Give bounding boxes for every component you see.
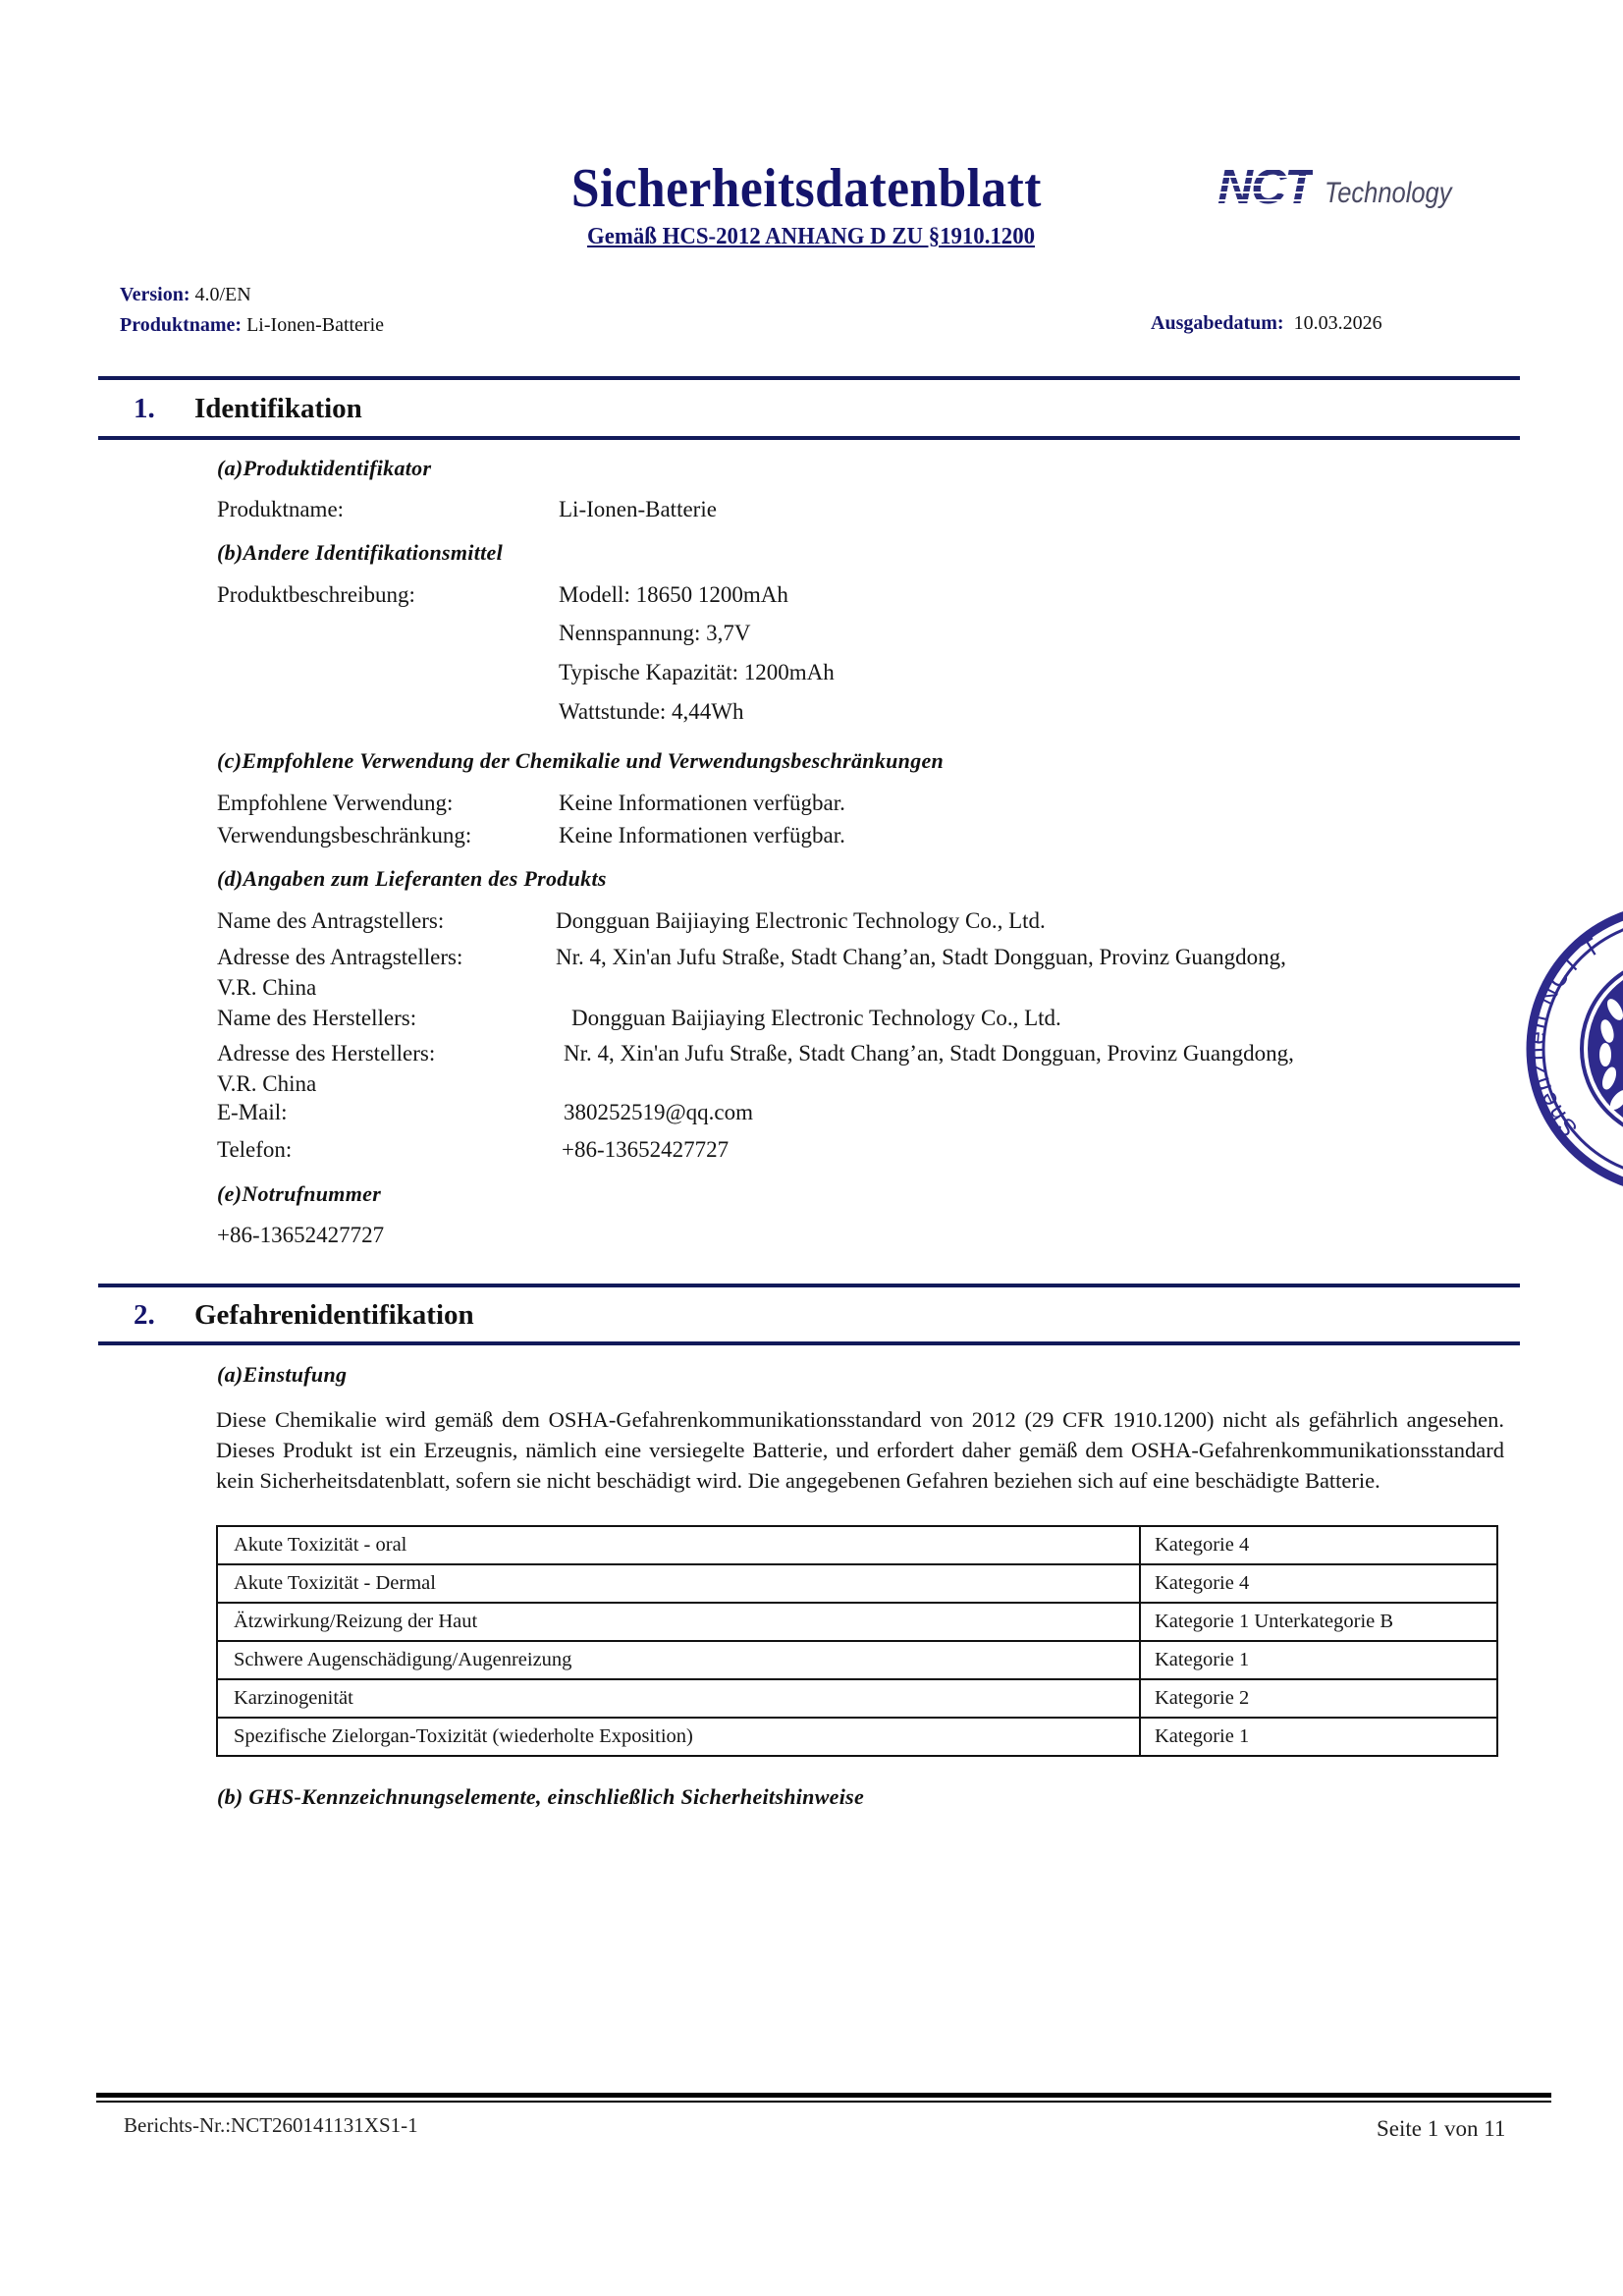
hazard-class-cell: Akute Toxizität - Dermal: [217, 1564, 1140, 1603]
email-link[interactable]: 380252519@qq.com: [564, 1100, 753, 1125]
hazard-class-cell: Karzinogenität: [217, 1679, 1140, 1718]
subsection-heading: (a)Einstufung: [217, 1362, 347, 1388]
section-1-heading: 1.Identifikation: [134, 393, 362, 425]
table-row: Ätzwirkung/Reizung der HautKategorie 1 U…: [217, 1603, 1497, 1641]
field-value: V.R. China: [217, 975, 316, 1001]
hazard-class-cell: Akute Toxizität - oral: [217, 1526, 1140, 1564]
subsection-heading: (d)Angaben zum Lieferanten des Produkts: [217, 866, 607, 892]
field-value: Nennspannung: 3,7V: [559, 621, 750, 646]
table-row: KarzinogenitätKategorie 2: [217, 1679, 1497, 1718]
logo-text: Technology: [1325, 176, 1451, 211]
issue-date: Ausgabedatum: 10.03.2026: [1151, 312, 1382, 335]
subsection-heading: (e)Notrufnummer: [217, 1181, 381, 1207]
field-value: Nr. 4, Xin'an Jufu Straße, Stadt Chang’a…: [564, 1041, 1294, 1066]
hazard-class-cell: Ätzwirkung/Reizung der Haut: [217, 1603, 1140, 1641]
table-row: Akute Toxizität - DermalKategorie 4: [217, 1564, 1497, 1603]
footer-rule: [96, 2101, 1551, 2103]
field-value: Keine Informationen verfügbar.: [559, 823, 845, 848]
table-row: Akute Toxizität - oralKategorie 4: [217, 1526, 1497, 1564]
field-label: Adresse des Antragstellers:: [217, 945, 462, 970]
field-value: Nr. 4, Xin'an Jufu Straße, Stadt Chang’a…: [556, 945, 1286, 970]
field-value: Wattstunde: 4,44Wh: [559, 699, 744, 725]
field-label: Name des Herstellers:: [217, 1006, 416, 1031]
company-seal-stamp: Shenzhen NCT T: [1525, 902, 1623, 1196]
field-label: Telefon:: [217, 1137, 292, 1163]
page-number: Seite 1 von 11: [1377, 2116, 1505, 2142]
field-value: V.R. China: [217, 1071, 316, 1097]
table-row: Spezifische Zielorgan-Toxizität (wiederh…: [217, 1718, 1497, 1756]
field-label: Produktname:: [217, 497, 344, 522]
field-label: Empfohlene Verwendung:: [217, 791, 453, 816]
hazard-class-cell: Schwere Augenschädigung/Augenreizung: [217, 1641, 1140, 1679]
hazard-category-cell: Kategorie 1 Unterkategorie B: [1140, 1603, 1497, 1641]
nct-logo: NCT Technology: [1217, 152, 1474, 211]
field-label: Produktbeschreibung:: [217, 582, 415, 608]
report-number: Berichts-Nr.:NCT260141131XS1-1: [124, 2113, 418, 2138]
hazard-category-cell: Kategorie 4: [1140, 1564, 1497, 1603]
field-value: Dongguan Baijiaying Electronic Technolog…: [556, 908, 1046, 934]
hazard-classification-table: Akute Toxizität - oralKategorie 4Akute T…: [216, 1525, 1498, 1757]
field-label: Adresse des Herstellers:: [217, 1041, 435, 1066]
document-subtitle: Gemäß HCS-2012 ANHANG D ZU §1910.1200: [0, 224, 1623, 250]
field-label: E-Mail:: [217, 1100, 288, 1125]
hazard-category-cell: Kategorie 2: [1140, 1679, 1497, 1718]
hazard-category-cell: Kategorie 1: [1140, 1641, 1497, 1679]
field-value: Li-Ionen-Batterie: [559, 497, 717, 522]
section-2-heading: 2.Gefahrenidentifikation: [134, 1299, 474, 1332]
version-line: Version: 4.0/EN: [120, 284, 251, 306]
table-row: Schwere Augenschädigung/AugenreizungKate…: [217, 1641, 1497, 1679]
field-label: Name des Antragstellers:: [217, 908, 444, 934]
section-rule: [98, 376, 1520, 380]
field-value: Typische Kapazität: 1200mAh: [559, 660, 835, 685]
classification-paragraph: Diese Chemikalie wird gemäß dem OSHA-Gef…: [216, 1404, 1504, 1496]
emergency-number: +86-13652427727: [217, 1223, 384, 1248]
section-rule: [98, 436, 1520, 440]
subsection-heading: (c)Empfohlene Verwendung der Chemikalie …: [217, 748, 944, 774]
field-label: Verwendungsbeschränkung:: [217, 823, 471, 848]
hazard-category-cell: Kategorie 4: [1140, 1526, 1497, 1564]
field-value: Keine Informationen verfügbar.: [559, 791, 845, 816]
logo-mark: NCT: [1217, 162, 1313, 211]
subsection-heading: (b)Andere Identifikationsmittel: [217, 540, 503, 566]
subsection-heading: (a)Produktidentifikator: [217, 456, 431, 481]
field-value: +86-13652427727: [562, 1137, 729, 1163]
field-value: Dongguan Baijiaying Electronic Technolog…: [571, 1006, 1061, 1031]
footer-rule: [96, 2093, 1551, 2098]
hazard-category-cell: Kategorie 1: [1140, 1718, 1497, 1756]
field-value: Modell: 18650 1200mAh: [559, 582, 788, 608]
hazard-class-cell: Spezifische Zielorgan-Toxizität (wiederh…: [217, 1718, 1140, 1756]
subsection-heading: (b) GHS-Kennzeichnungselemente, einschli…: [217, 1784, 864, 1810]
section-rule: [98, 1341, 1520, 1345]
section-rule: [98, 1284, 1520, 1287]
product-name-line: Produktname: Li-Ionen-Batterie: [120, 314, 384, 337]
